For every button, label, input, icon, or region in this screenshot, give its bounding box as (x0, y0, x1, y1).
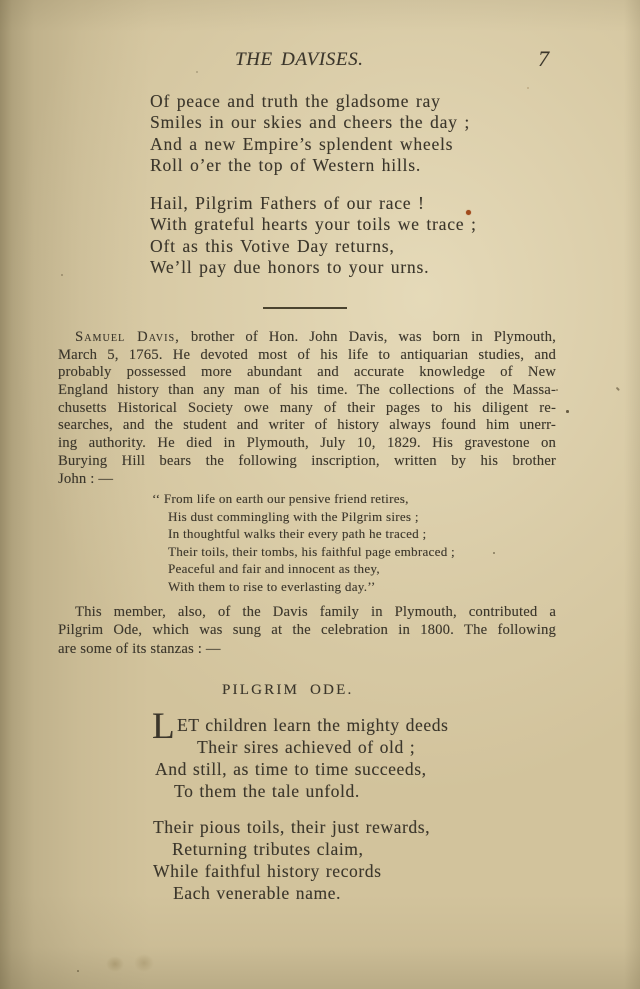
quote-line: With them to rise to everlasting day.’’ (152, 578, 455, 596)
pilgrim-ode-stanza-2: Their pious toils, their just rewards, R… (153, 816, 430, 904)
paper-speck (566, 410, 569, 413)
opening-poem-stanza-1: Of peace and truth the gladsome ray Smil… (150, 91, 470, 177)
bio-line: March 5, 1765. He devoted most of his li… (58, 347, 556, 365)
intro-line: Pilgrim Ode, which was sung at the celeb… (58, 621, 556, 639)
paper-speck (556, 389, 558, 391)
ode-heading: PILGRIM ODE. (222, 682, 353, 699)
pilgrim-ode-stanza-1: ET children learn the mighty deeds Their… (153, 714, 448, 802)
opening-poem-stanza-2: Hail, Pilgrim Fathers of our race ! With… (150, 193, 477, 279)
poem-line: Their pious toils, their just rewards, (153, 816, 430, 838)
poem-line: Smiles in our skies and cheers the day ; (150, 112, 470, 133)
bio-line: John : — (58, 471, 556, 489)
paper-speck (493, 552, 495, 554)
biography-paragraph: Samuel Davis, brother of Hon. John Davis… (58, 329, 556, 488)
bio-line: England history than any man of his time… (58, 382, 556, 400)
paper-speck (527, 87, 529, 89)
person-name-smallcaps: Samuel Davis, (75, 329, 180, 345)
poem-line: Returning tributes claim, (153, 838, 430, 860)
ode-intro-paragraph: This member, also, of the Davis family i… (58, 603, 556, 658)
paper-speck (61, 274, 63, 276)
poem-line: To them the tale unfold. (153, 780, 448, 802)
running-title: THE DAVISES. (235, 49, 364, 71)
poem-line: While faithful history records (153, 860, 430, 882)
quote-line: Peaceful and fair and innocent as they, (152, 560, 455, 578)
section-divider (263, 307, 347, 309)
poem-line: With grateful hearts your toils we trace… (150, 214, 477, 235)
gravestone-inscription-quote: ‘‘ From life on earth our pensive friend… (152, 490, 455, 595)
book-page: THE DAVISES. 7 Of peace and truth the gl… (0, 0, 640, 989)
poem-line: Of peace and truth the gladsome ray (150, 91, 470, 112)
poem-line: ET children learn the mighty deeds (153, 714, 448, 736)
bio-line: probably possessed more abundant and acc… (58, 364, 556, 382)
quote-line: His dust commingling with the Pilgrim si… (152, 508, 455, 526)
bio-line: Burying Hill bears the following inscrip… (58, 453, 556, 471)
bio-line: ing authority. He died in Plymouth, July… (58, 435, 556, 453)
red-ink-stain (466, 210, 471, 215)
poem-line: We’ll pay due honors to your urns. (150, 257, 477, 278)
bio-line: Samuel Davis, brother of Hon. John Davis… (58, 329, 556, 347)
quote-line: Their toils, their tombs, his faithful p… (152, 543, 455, 561)
paper-speck (77, 970, 79, 972)
intro-line: are some of its stanzas : — (58, 640, 556, 658)
quote-line: In thoughtful walks their every path he … (152, 525, 455, 543)
poem-line: Roll o’er the top of Western hills. (150, 155, 470, 176)
bio-line: chusetts Historical Society owe many of … (58, 400, 556, 418)
quote-line: ‘‘ From life on earth our pensive friend… (152, 490, 455, 508)
intro-line: This member, also, of the Davis family i… (58, 603, 556, 621)
poem-line: Hail, Pilgrim Fathers of our race ! (150, 193, 477, 214)
paper-smudge (134, 954, 154, 972)
poem-line: And still, as time to time succeeds, (153, 758, 448, 780)
paper-smudge (106, 956, 124, 972)
paper-speck (196, 71, 198, 73)
poem-line: And a new Empire’s splendent wheels (150, 134, 470, 155)
poem-line: Each venerable name. (153, 882, 430, 904)
bio-line: searches, and the student and writer of … (58, 417, 556, 435)
poem-line: Oft as this Votive Day returns, (150, 236, 477, 257)
bio-line-text: brother of Hon. John Davis, was born in … (191, 329, 556, 345)
paper-speck (616, 387, 620, 391)
poem-line: Their sires achieved of old ; (153, 736, 448, 758)
page-number: 7 (538, 46, 549, 72)
